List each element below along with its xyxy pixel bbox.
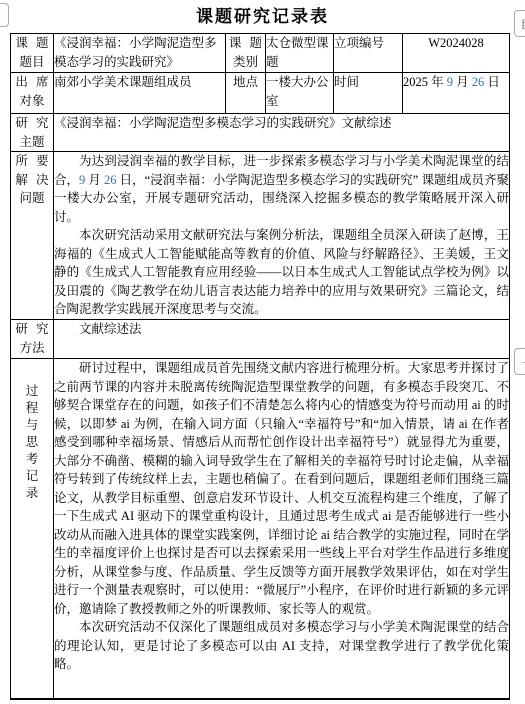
time-label: 时间 [334, 73, 403, 114]
process-notes-label: 过 程 与 思 考 记 录 [11, 359, 53, 502]
date-day: 26 [472, 75, 485, 89]
table-row: 过 程 与 思 考 记 录 研讨过程中，课题组成员首先围绕文献内容进行梳理分析。… [11, 359, 510, 699]
location-label: 地点 [226, 73, 266, 114]
date-year: 2025 [403, 75, 428, 89]
table-row: 出 席 对象 南郊小学美术课题组成员 地点 一楼大办公室 时间 2025 年 9… [11, 73, 510, 114]
problems-paragraph-1: 为达到浸润幸福的教学目标，进一步探索多模态学习与小学美术陶泥课堂的结合，9 月 … [54, 152, 509, 226]
document-page: 目 — 课题研究记录表 课 题 题目 《浸润幸福：小学陶泥造型多模态学习的实践研… [0, 0, 525, 704]
topic-title-value: 《浸润幸福：小学陶泥造型多模态学习的实践研究》 [54, 34, 226, 73]
process-paragraph-1: 研讨过程中，课题组成员首先围绕文献内容进行梳理分析。大家思考并探讨了之前两节课的… [54, 359, 509, 618]
process-notes-label-cell: 过 程 与 思 考 记 录 [11, 359, 54, 699]
table-row: 所 要 解 决 问题 为达到浸润幸福的教学目标，进一步探索多模态学习与小学美术陶… [11, 152, 510, 320]
collapse-icon[interactable]: — [514, 348, 525, 375]
project-number-label: 立项编号 [334, 34, 403, 73]
date-value: 2025 年 9 月 26 日 [403, 73, 510, 114]
research-theme-value: 《浸润幸福：小学陶泥造型多模态学习的实践研究》文献综述 [54, 114, 510, 152]
table-row: 研 究 方法 文献综述法 [11, 320, 510, 359]
process-notes-content: 研讨过程中，课题组成员首先围绕文献内容进行梳理分析。大家思考并探讨了之前两节课的… [54, 359, 510, 699]
table-row: 研 究 主题 《浸润幸福：小学陶泥造型多模态学习的实践研究》文献综述 [11, 114, 510, 152]
topic-category-value: 太仓微型课题 [266, 34, 334, 73]
topic-category-label: 课 题 类别 [226, 34, 266, 73]
research-record-table: 课 题 题目 《浸润幸福：小学陶泥造型多模态学习的实践研究》 课 题 类别 太仓… [10, 33, 510, 700]
problems-paragraph-2: 本次研究活动采用文献研究法与案例分析法，课题组全员深入研读了赵博，王海福的《生成… [54, 226, 509, 319]
table-row: 课 题 题目 《浸润幸福：小学陶泥造型多模态学习的实践研究》 课 题 类别 太仓… [11, 34, 510, 73]
project-number-value: W2024028 [403, 34, 510, 73]
page-title: 课题研究记录表 [0, 2, 525, 27]
location-value: 一楼大办公室 [266, 73, 334, 114]
research-theme-label: 研 究 主题 [11, 114, 54, 152]
topic-title-label: 课 题 题目 [11, 34, 54, 73]
inline-date-day: 26 [104, 173, 117, 187]
attendees-value: 南郊小学美术课题组成员 [54, 73, 226, 114]
process-paragraph-2: 本次研究活动不仅深化了课题组成员对多模态学习与小学美术陶泥课堂的结合的理论认知，… [54, 618, 509, 674]
research-method-value: 文献综述法 [54, 320, 510, 359]
problems-label: 所 要 解 决 问题 [11, 152, 54, 320]
attendees-label: 出 席 对象 [11, 73, 54, 114]
problems-content: 为达到浸润幸福的教学目标，进一步探索多模态学习与小学美术陶泥课堂的结合，9 月 … [54, 152, 510, 320]
research-method-label: 研 究 方法 [11, 320, 54, 359]
